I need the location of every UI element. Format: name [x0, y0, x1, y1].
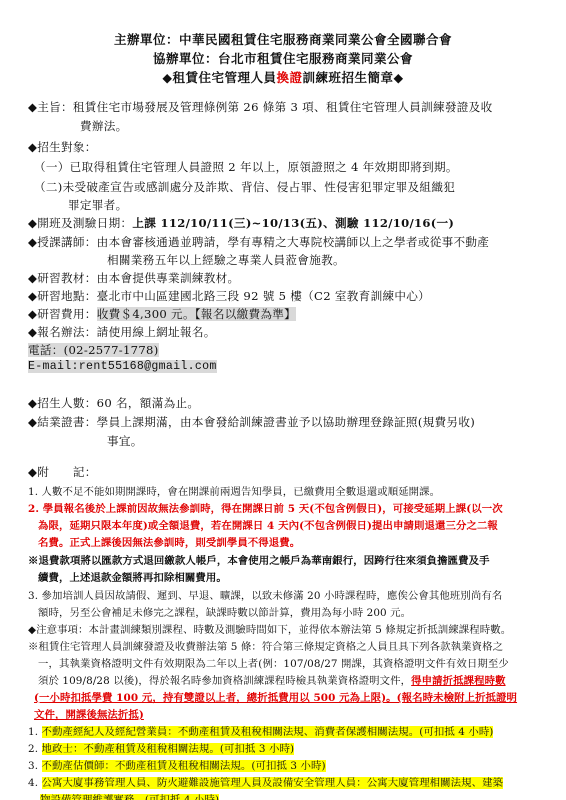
- offset-num: 2.: [28, 743, 38, 755]
- purpose-line-1: ◆主旨：租賃住宅市場發展及管理條例第 26 條第 3 項、租賃住宅管理人員訓練發…: [28, 99, 492, 115]
- rule-line-1: ※租賃住宅管理人員訓練發證及收費辦法第 5 條：符合第三條規定資格之人員且具下列…: [28, 638, 503, 653]
- offset-item-1: 1. 不動產經紀人及經紀營業員：不動產租賃及租稅相關法規、消費者保護相關法規。(…: [28, 723, 493, 738]
- recruitment-brochure: 主辦單位：中華民國租賃住宅服務商業同業公會全國聯合會 協辦單位：台北市租賃住宅服…: [0, 0, 566, 800]
- rule-line-2: 一，其執業資格證明文件有效期限為二年以上者(例：107/08/27 開課，其資格…: [38, 655, 509, 670]
- location-line: ◆研習地點：臺北市中山區建國北路三段 92 號 5 樓（C2 室教育訓練中心）: [28, 288, 430, 304]
- schedule-label: ◆開班及測驗日期：: [28, 216, 132, 230]
- brochure-title: ◆租賃住宅管理人員換證訓練班招生簡章◆: [0, 68, 566, 86]
- note-3-line-2: 額時，另至公會補足未修完之課程，缺課時數以節計算，費用為每小時 200 元。: [38, 604, 411, 619]
- target-item-1: （一）已取得租賃住宅管理人員證照 2 年以上，原領證照之 4 年效期即將到期。: [34, 159, 458, 175]
- offset-text: 不動產經紀人及經紀營業員：不動產租賃及租稅相關法規、消費者保護相關法規。(可扣抵…: [42, 726, 494, 738]
- offset-item-3: 3. 不動產估價師：不動產租賃及租稅相關法規。(可扣抵 3 小時): [28, 757, 326, 772]
- email-line: E-mail:rent55168@gmail.com: [28, 360, 217, 373]
- attention-line: ◆注意事項：本計畫訓練類別課程、時數及測驗時間如下，並得依本辦法第 5 條規定折…: [28, 621, 511, 636]
- notes-label: ◆附 記：: [28, 464, 97, 480]
- offset-num: 3.: [28, 760, 38, 772]
- lecturer-line-1: ◆授課講師：由本會審核通過並聘請，學有專精之大專院校講師以上之學者或從事不動產: [28, 234, 489, 250]
- materials-line: ◆研習教材：由本會提供專業訓練教材。: [28, 270, 239, 286]
- fee-value: 收費＄4,300 元。【報名以繳費為準】: [97, 307, 296, 321]
- rule-line-3: 須於 109/8/28 以後)，得於報名時參加資格訓練課程時檢具執業資格證明文件…: [38, 672, 506, 687]
- target-item-2-line-2: 罪定罪者。: [68, 197, 127, 213]
- offset-text: 地政士：不動產租賃及租稅相關法規。(可扣抵 3 小時): [42, 743, 295, 755]
- note-2-line-2: 為限，延期只限本年度)或全額退費，若在開課日 4 天內(不包含例假日)提出申請則…: [38, 517, 498, 532]
- target-label: ◆招生對象：: [28, 139, 97, 155]
- certificate-line-2: 事宜。: [107, 433, 143, 449]
- organizer-line: 主辦單位：中華民國租賃住宅服務商業同業公會全國聯合會: [0, 30, 566, 48]
- note-2-line-1: 2. 學員報名後於上課前因故無法參訓時，得在開課日前 5 天(不包含例假日)，可…: [28, 500, 503, 515]
- fee-line: ◆研習費用：收費＄4,300 元。【報名以繳費為準】: [28, 306, 296, 322]
- certificate-line-1: ◆結業證書：學員上課期滿，由本會發給訓練證書並予以協助辦理登錄証照(規費另收): [28, 414, 475, 430]
- note-2-line-3: 名費。正式上課後因無法參訓時，則受訓學員不得退費。: [38, 534, 300, 549]
- offset-item-4-cont: 物設備管理維護實務。(可扣抵 4 小時): [40, 791, 219, 800]
- signup-line: ◆報名辦法：請使用線上網址報名。: [28, 324, 216, 340]
- title-highlight: 換證: [276, 70, 302, 85]
- rule-line-3-text: 須於 109/8/28 以後)，得於報名時參加資格訓練課程時檢具執業資格證明文件…: [38, 675, 411, 687]
- fee-label: ◆研習費用：: [28, 307, 97, 321]
- lecturer-line-2: 相關業務五年以上經驗之專業人員蒞會施教。: [107, 252, 345, 268]
- offset-item-4: 4. 公寓大廈事務管理人員、防火避難設施管理人員及設備安全管理人員：公寓大廈管理…: [28, 774, 503, 789]
- refund-line-2: 續費，上述退款金額將再扣除相關費用。: [38, 569, 227, 584]
- purpose-line-2: 費辦法。: [80, 118, 128, 134]
- rule-line-3-highlight: 得申請折抵課程時數: [411, 675, 505, 687]
- schedule-line: ◆開班及測驗日期：上課 112/10/11(三)~10/13(五)、測驗 112…: [28, 215, 454, 231]
- title-suffix: 訓練班招生簡章◆: [303, 70, 404, 85]
- quota-line: ◆招生人數：60 名，額滿為止。: [28, 395, 199, 411]
- offset-num: 4.: [28, 777, 38, 789]
- rule-line-4: (一小時扣抵學費 100 元，持有雙證以上者，總折抵費用以 500 元為上限)。…: [34, 689, 517, 704]
- refund-line-1: ※退費款項將以匯款方式退回繳款人帳戶，本會使用之帳戶為華南銀行，因跨行往來須負擔…: [28, 552, 490, 567]
- target-item-2-line-1: （二)未受破產宣告或感訓處分及詐欺、背信、侵占罪、性侵害犯罪定罪及組織犯: [34, 179, 455, 195]
- phone-line: 電話：(02-2577-1778): [28, 342, 159, 358]
- note-1: 1. 人數不足不能如期開課時，會在開課前兩週告知學員，已繳費用全數退還或順延開課…: [28, 483, 440, 498]
- offset-text: 不動產估價師：不動產租賃及租稅相關法規。(可扣抵 3 小時): [42, 760, 326, 772]
- co-organizer-line: 協辦單位：台北市租賃住宅服務商業同業公會: [0, 49, 566, 67]
- email-address[interactable]: E-mail:rent55168@gmail.com: [28, 360, 217, 373]
- offset-text: 物設備管理維護實務。(可扣抵 4 小時): [40, 794, 219, 800]
- note-3-line-1: 3. 參加培訓人員因故請假、遲到、早退、曠課，以致未修滿 20 小時課程時，應俟…: [28, 587, 502, 602]
- offset-text: 公寓大廈事務管理人員、防火避難設施管理人員及設備安全管理人員：公寓大廈管理相關法…: [42, 777, 504, 789]
- offset-num: 1.: [28, 726, 38, 738]
- phone-number: 電話：(02-2577-1778): [28, 343, 159, 357]
- schedule-value: 上課 112/10/11(三)~10/13(五)、測驗 112/10/16(一): [132, 216, 454, 230]
- rule-line-5: 文件，開課後無法折抵): [34, 706, 144, 721]
- title-prefix: ◆租賃住宅管理人員: [162, 70, 276, 85]
- offset-item-2: 2. 地政士：不動產租賃及租稅相關法規。(可扣抵 3 小時): [28, 740, 294, 755]
